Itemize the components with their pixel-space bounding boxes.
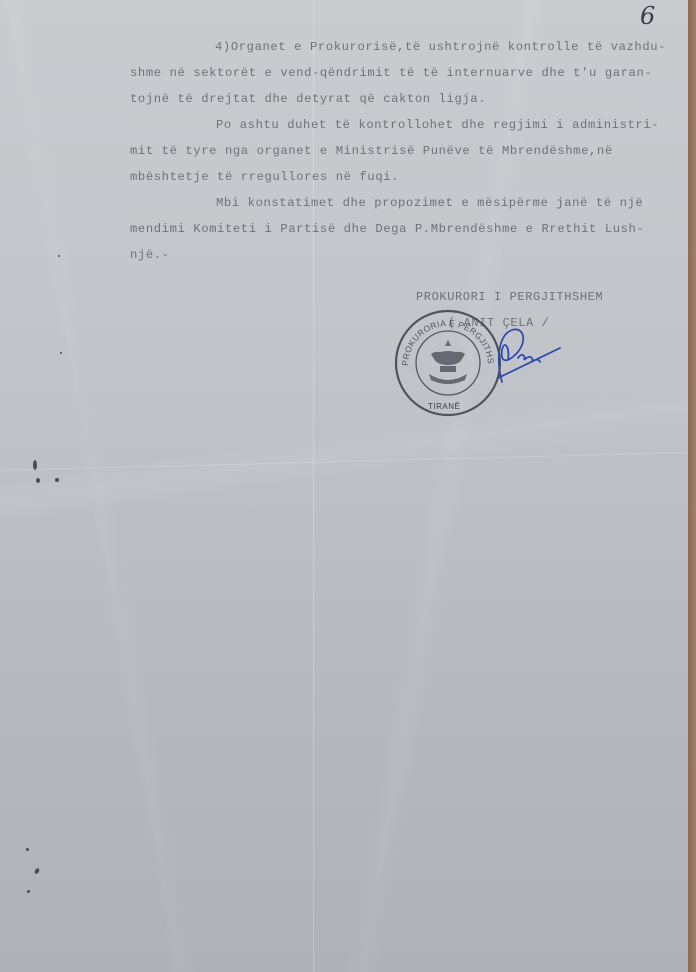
- fold-crease-horizontal: [0, 452, 688, 471]
- paragraph-3-line-2: mendimi Komiteti i Partisë dhe Dega P.Mb…: [130, 222, 644, 236]
- paragraph-1-line-2: shme në sektorët e vend-qëndrimit të të …: [130, 66, 652, 80]
- paragraph-3-line-1: Mbi konstatimet dhe propozimet e mësipër…: [216, 196, 643, 210]
- paper-background-edge: [688, 0, 696, 972]
- paper-puncture: [27, 890, 30, 893]
- signatory-title: PROKURORI I PERGJITHSHEM: [416, 290, 603, 304]
- document-page: 6 4)Organet e Prokurorisë,të ushtrojnë k…: [0, 0, 688, 972]
- paragraph-2-line-3: mbështetje të rregullores në fuqi.: [130, 170, 399, 184]
- paper-spot: [58, 255, 60, 257]
- paragraph-1-line-1: 4)Organet e Prokurorisë,të ushtrojnë kon…: [215, 40, 666, 54]
- paper-puncture: [55, 478, 59, 482]
- handwritten-signature-icon: [488, 320, 568, 390]
- paragraph-2-line-1: Po ashtu duhet të kontrollohet dhe regji…: [216, 118, 659, 132]
- stamp-city-label: TIRANË: [428, 402, 460, 411]
- paper-puncture: [34, 867, 40, 874]
- paragraph-1-line-3: tojnë të drejtat dhe detyrat që cakton l…: [130, 92, 486, 106]
- paragraph-2-line-2: mit të tyre nga organet e Ministrisë Pun…: [130, 144, 613, 158]
- paper-spot: [60, 352, 62, 354]
- paper-puncture: [36, 478, 40, 483]
- paragraph-3-line-3: një.-: [130, 248, 170, 262]
- paper-puncture: [26, 848, 29, 851]
- page-number: 6: [640, 2, 655, 30]
- paper-puncture: [33, 460, 37, 470]
